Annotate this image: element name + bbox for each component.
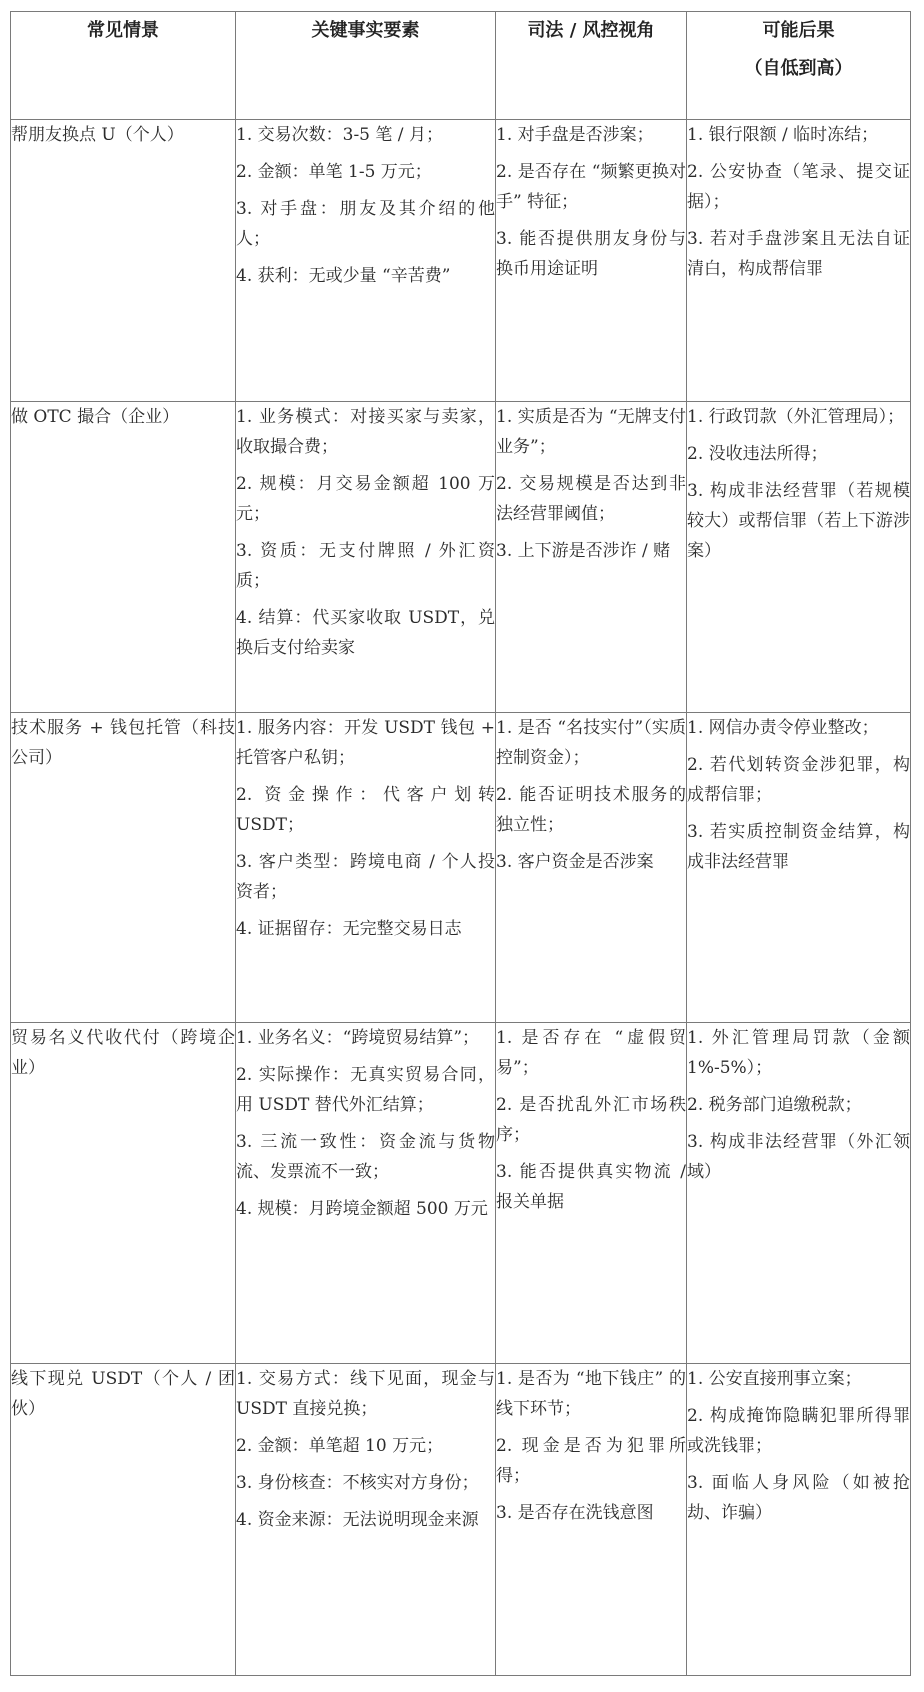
consequence-item: 2. 构成掩饰隐瞒犯罪所得罪或洗钱罪； [687,1401,910,1461]
perspective-item: 2. 交易规模是否达到非法经营罪阈值； [496,469,686,529]
perspective-item: 1. 对手盘是否涉案； [496,120,686,150]
perspective-item: 2. 是否存在 “频繁更换对手” 特征； [496,157,686,217]
facts-cell: 1. 交易次数：3-5 笔 / 月； 2. 金额：单笔 1-5 万元； 3. 对… [236,120,496,402]
fact-item: 1. 业务名义：“跨境贸易结算”； [236,1023,495,1053]
scenario-cell: 贸易名义代收代付（跨境企业） [11,1023,236,1364]
consequence-item: 1. 网信办责令停业整改； [687,713,910,743]
consequence-item: 3. 面临人身风险（如被抢劫、诈骗） [687,1468,910,1528]
perspective-item: 2. 是否扰乱外汇市场秩序； [496,1090,686,1150]
perspective-cell: 1. 是否 “名技实付”（实质控制资金）； 2. 能否证明技术服务的独立性； 3… [496,713,687,1023]
table-row: 贸易名义代收代付（跨境企业） 1. 业务名义：“跨境贸易结算”； 2. 实际操作… [11,1023,911,1364]
fact-item: 3. 三流一致性：资金流与货物流、发票流不一致； [236,1127,495,1187]
table-header-row: 常见情景 关键事实要素 司法 / 风控视角 可能后果 （自低到高） [11,12,911,120]
risk-scenario-table: 常见情景 关键事实要素 司法 / 风控视角 可能后果 （自低到高） 帮朋友换点 … [10,11,911,1676]
fact-item: 2. 金额：单笔 1-5 万元； [236,157,495,187]
fact-item: 3. 客户类型：跨境电商 / 个人投资者； [236,847,495,907]
fact-item: 2. 规模：月交易金额超 100 万元； [236,469,495,529]
consequence-item: 1. 银行限额 / 临时冻结； [687,120,910,150]
fact-item: 2. 资金操作：代客户划转 USDT； [236,780,495,840]
fact-item: 4. 获利：无或少量 “辛苦费” [236,261,495,291]
column-header-scenario: 常见情景 [11,12,236,120]
fact-item: 1. 服务内容：开发 USDT 钱包 + 托管客户私钥； [236,713,495,773]
facts-cell: 1. 服务内容：开发 USDT 钱包 + 托管客户私钥； 2. 资金操作：代客户… [236,713,496,1023]
consequences-cell: 1. 网信办责令停业整改； 2. 若代划转资金涉犯罪，构成帮信罪； 3. 若实质… [687,713,911,1023]
perspective-item: 1. 是否 “名技实付”（实质控制资金）； [496,713,686,773]
fact-item: 3. 身份核查：不核实对方身份； [236,1468,495,1498]
table-row: 帮朋友换点 U（个人） 1. 交易次数：3-5 笔 / 月； 2. 金额：单笔 … [11,120,911,402]
table-row: 做 OTC 撮合（企业） 1. 业务模式：对接买家与卖家，收取撮合费； 2. 规… [11,402,911,713]
fact-item: 1. 交易次数：3-5 笔 / 月； [236,120,495,150]
consequence-item: 3. 若对手盘涉案且无法自证清白，构成帮信罪 [687,224,910,284]
scenario-cell: 线下现兑 USDT（个人 / 团伙） [11,1364,236,1676]
consequence-item: 3. 构成非法经营罪（外汇领域） [687,1127,910,1187]
fact-item: 3. 对手盘：朋友及其介绍的他人； [236,194,495,254]
perspective-cell: 1. 是否为 “地下钱庄” 的线下环节； 2. 现金是否为犯罪所得； 3. 是否… [496,1364,687,1676]
table-row: 技术服务 + 钱包托管（科技公司） 1. 服务内容：开发 USDT 钱包 + 托… [11,713,911,1023]
perspective-item: 3. 能否提供朋友身份与换币用途证明 [496,224,686,284]
consequence-item: 3. 构成非法经营罪（若规模较大）或帮信罪（若上下游涉案） [687,476,910,566]
consequence-item: 2. 公安协查（笔录、提交证据）； [687,157,910,217]
fact-item: 3. 资质：无支付牌照 / 外汇资质； [236,536,495,596]
perspective-cell: 1. 实质是否为 “无牌支付业务”； 2. 交易规模是否达到非法经营罪阈值； 3… [496,402,687,713]
facts-cell: 1. 交易方式：线下见面，现金与 USDT 直接兑换； 2. 金额：单笔超 10… [236,1364,496,1676]
scenario-cell: 做 OTC 撮合（企业） [11,402,236,713]
fact-item: 1. 业务模式：对接买家与卖家，收取撮合费； [236,402,495,462]
consequence-item: 1. 外汇管理局罚款（金额 1%-5%）； [687,1023,910,1083]
facts-cell: 1. 业务模式：对接买家与卖家，收取撮合费； 2. 规模：月交易金额超 100 … [236,402,496,713]
perspective-item: 3. 能否提供真实物流 / 报关单据 [496,1157,686,1217]
consequences-cell: 1. 公安直接刑事立案； 2. 构成掩饰隐瞒犯罪所得罪或洗钱罪； 3. 面临人身… [687,1364,911,1676]
consequences-cell: 1. 外汇管理局罚款（金额 1%-5%）； 2. 税务部门追缴税款； 3. 构成… [687,1023,911,1364]
perspective-cell: 1. 对手盘是否涉案； 2. 是否存在 “频繁更换对手” 特征； 3. 能否提供… [496,120,687,402]
consequence-item: 2. 税务部门追缴税款； [687,1090,910,1120]
consequences-cell: 1. 银行限额 / 临时冻结； 2. 公安协查（笔录、提交证据）； 3. 若对手… [687,120,911,402]
scenario-cell: 帮朋友换点 U（个人） [11,120,236,402]
table-row: 线下现兑 USDT（个人 / 团伙） 1. 交易方式：线下见面，现金与 USDT… [11,1364,911,1676]
scenario-cell: 技术服务 + 钱包托管（科技公司） [11,713,236,1023]
fact-item: 1. 交易方式：线下见面，现金与 USDT 直接兑换； [236,1364,495,1424]
column-header-consequences: 可能后果 （自低到高） [687,12,911,120]
consequence-item: 1. 公安直接刑事立案； [687,1364,910,1394]
consequences-cell: 1. 行政罚款（外汇管理局）； 2. 没收违法所得； 3. 构成非法经营罪（若规… [687,402,911,713]
fact-item: 4. 证据留存：无完整交易日志 [236,914,495,944]
fact-item: 2. 实际操作：无真实贸易合同，用 USDT 替代外汇结算； [236,1060,495,1120]
consequence-item: 1. 行政罚款（外汇管理局）； [687,402,910,432]
perspective-item: 1. 是否为 “地下钱庄” 的线下环节； [496,1364,686,1424]
column-header-key-facts: 关键事实要素 [236,12,496,120]
fact-item: 2. 金额：单笔超 10 万元； [236,1431,495,1461]
perspective-item: 3. 是否存在洗钱意图 [496,1498,686,1528]
facts-cell: 1. 业务名义：“跨境贸易结算”； 2. 实际操作：无真实贸易合同，用 USDT… [236,1023,496,1364]
perspective-item: 3. 上下游是否涉诈 / 赌 [496,536,686,566]
perspective-item: 1. 实质是否为 “无牌支付业务”； [496,402,686,462]
consequence-item: 3. 若实质控制资金结算，构成非法经营罪 [687,817,910,877]
perspective-item: 1. 是否存在 “虚假贸易”； [496,1023,686,1083]
fact-item: 4. 规模：月跨境金额超 500 万元 [236,1194,495,1224]
column-header-judicial-risk-view: 司法 / 风控视角 [496,12,687,120]
perspective-cell: 1. 是否存在 “虚假贸易”； 2. 是否扰乱外汇市场秩序； 3. 能否提供真实… [496,1023,687,1364]
fact-item: 4. 结算：代买家收取 USDT，兑换后支付给卖家 [236,603,495,663]
fact-item: 4. 资金来源：无法说明现金来源 [236,1505,495,1535]
perspective-item: 2. 能否证明技术服务的独立性； [496,780,686,840]
perspective-item: 3. 客户资金是否涉案 [496,847,686,877]
perspective-item: 2. 现金是否为犯罪所得； [496,1431,686,1491]
consequence-item: 2. 没收违法所得； [687,439,910,469]
consequence-item: 2. 若代划转资金涉犯罪，构成帮信罪； [687,750,910,810]
